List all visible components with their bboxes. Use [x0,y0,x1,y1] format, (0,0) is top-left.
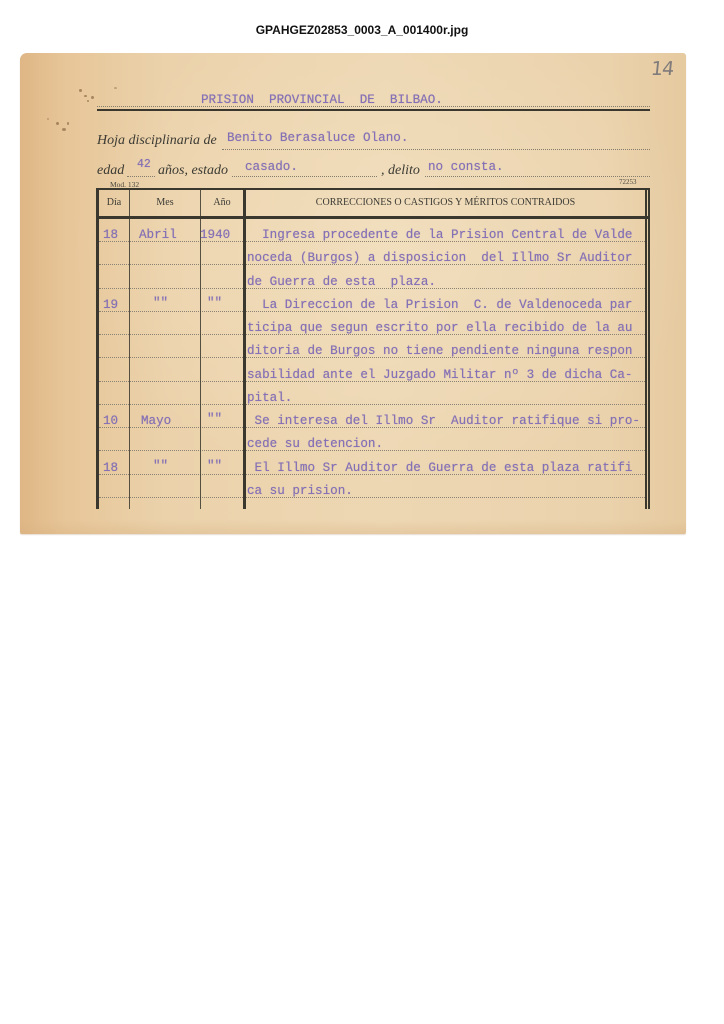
column-divider-ano [243,190,246,509]
stain-mark [62,128,66,131]
cell-dia: 18 [103,228,118,242]
page: GPAHGEZ02853_0003_A_001400r.jpg 14 PRISI… [0,0,724,1024]
entry-line: pital. [247,391,292,405]
entry-line: ditoria de Burgos no tiene pendiente nin… [247,344,632,358]
entry-line: El Illmo Sr Auditor de Guerra de esta pl… [247,461,632,475]
handwritten-page-number: 14 [650,58,674,80]
entry-line: La Direccion de la Prision C. de Valdeno… [247,298,632,312]
table-right-border-outer [648,188,650,509]
table-right-border-inner [645,188,647,509]
column-header-dia: Día [99,197,129,209]
inmate-name: Benito Berasaluce Olano. [227,131,408,145]
row-rule [99,497,645,498]
hoja-label: Hoja disciplinaria de [97,133,217,149]
stain-mark [56,122,59,125]
cell-ano: "" [207,296,222,310]
cell-ano: "" [207,412,222,426]
stain-mark [67,122,69,125]
cell-dia: 10 [103,414,118,428]
stain-mark [87,100,89,102]
stain-mark [114,87,117,89]
stain-mark [47,118,49,120]
entry-line: Ingresa procedente de la Prision Central… [247,228,632,242]
cell-mes: "" [153,296,168,310]
cell-mes: "" [153,459,168,473]
table-header-bottom-border [96,216,650,219]
cell-ano: 1940 [200,228,230,242]
entry-line: sabilidad ante el Juzgado Militar nº 3 d… [247,368,632,382]
entry-line: cede su detencion. [247,437,383,451]
entry-line: ticipa que segun escrito por ella recibi… [247,321,632,335]
institution-header: PRISION PROVINCIAL DE BILBAO. [201,93,443,107]
column-divider-dia [129,190,130,509]
table-left-border [96,188,99,509]
entry-line: de Guerra de esta plaza. [247,275,436,289]
entry-line: noceda (Burgos) a disposicion del Illmo … [247,251,632,265]
stain-mark [84,95,87,97]
row-rule [99,404,645,405]
column-header-mes: Mes [130,197,200,209]
estado-value: casado. [245,160,298,174]
delito-label: , delito [381,163,420,179]
cell-mes: Abril [139,228,177,242]
entry-line: Se interesa del Illmo Sr Auditor ratifiq… [247,414,640,428]
stain-mark [79,89,82,92]
column-header-corrections: CORRECCIONES O CASTIGOS Y MÉRITOS CONTRA… [246,197,645,209]
column-header-ano: Año [201,197,243,209]
name-field-rule [222,149,650,150]
cell-dia: 18 [103,461,118,475]
header-rule-thin [97,106,650,107]
print-code: 72253 [619,178,637,187]
anos-estado-label: años, estado [158,163,228,179]
age-value: 42 [137,158,151,172]
table-top-border [96,188,650,190]
cell-mes: Mayo [141,414,171,428]
delito-value: no consta. [428,160,504,174]
file-title: GPAHGEZ02853_0003_A_001400r.jpg [0,23,724,37]
age-field-rule [127,176,155,177]
cell-dia: 19 [103,298,118,312]
cell-ano: "" [207,459,222,473]
entry-line: ca su prision. [247,484,353,498]
header-rule-thick [97,109,650,111]
edad-label: edad [97,163,124,179]
delito-field-rule [425,176,650,177]
stain-mark [91,96,94,99]
estado-field-rule [232,176,377,177]
